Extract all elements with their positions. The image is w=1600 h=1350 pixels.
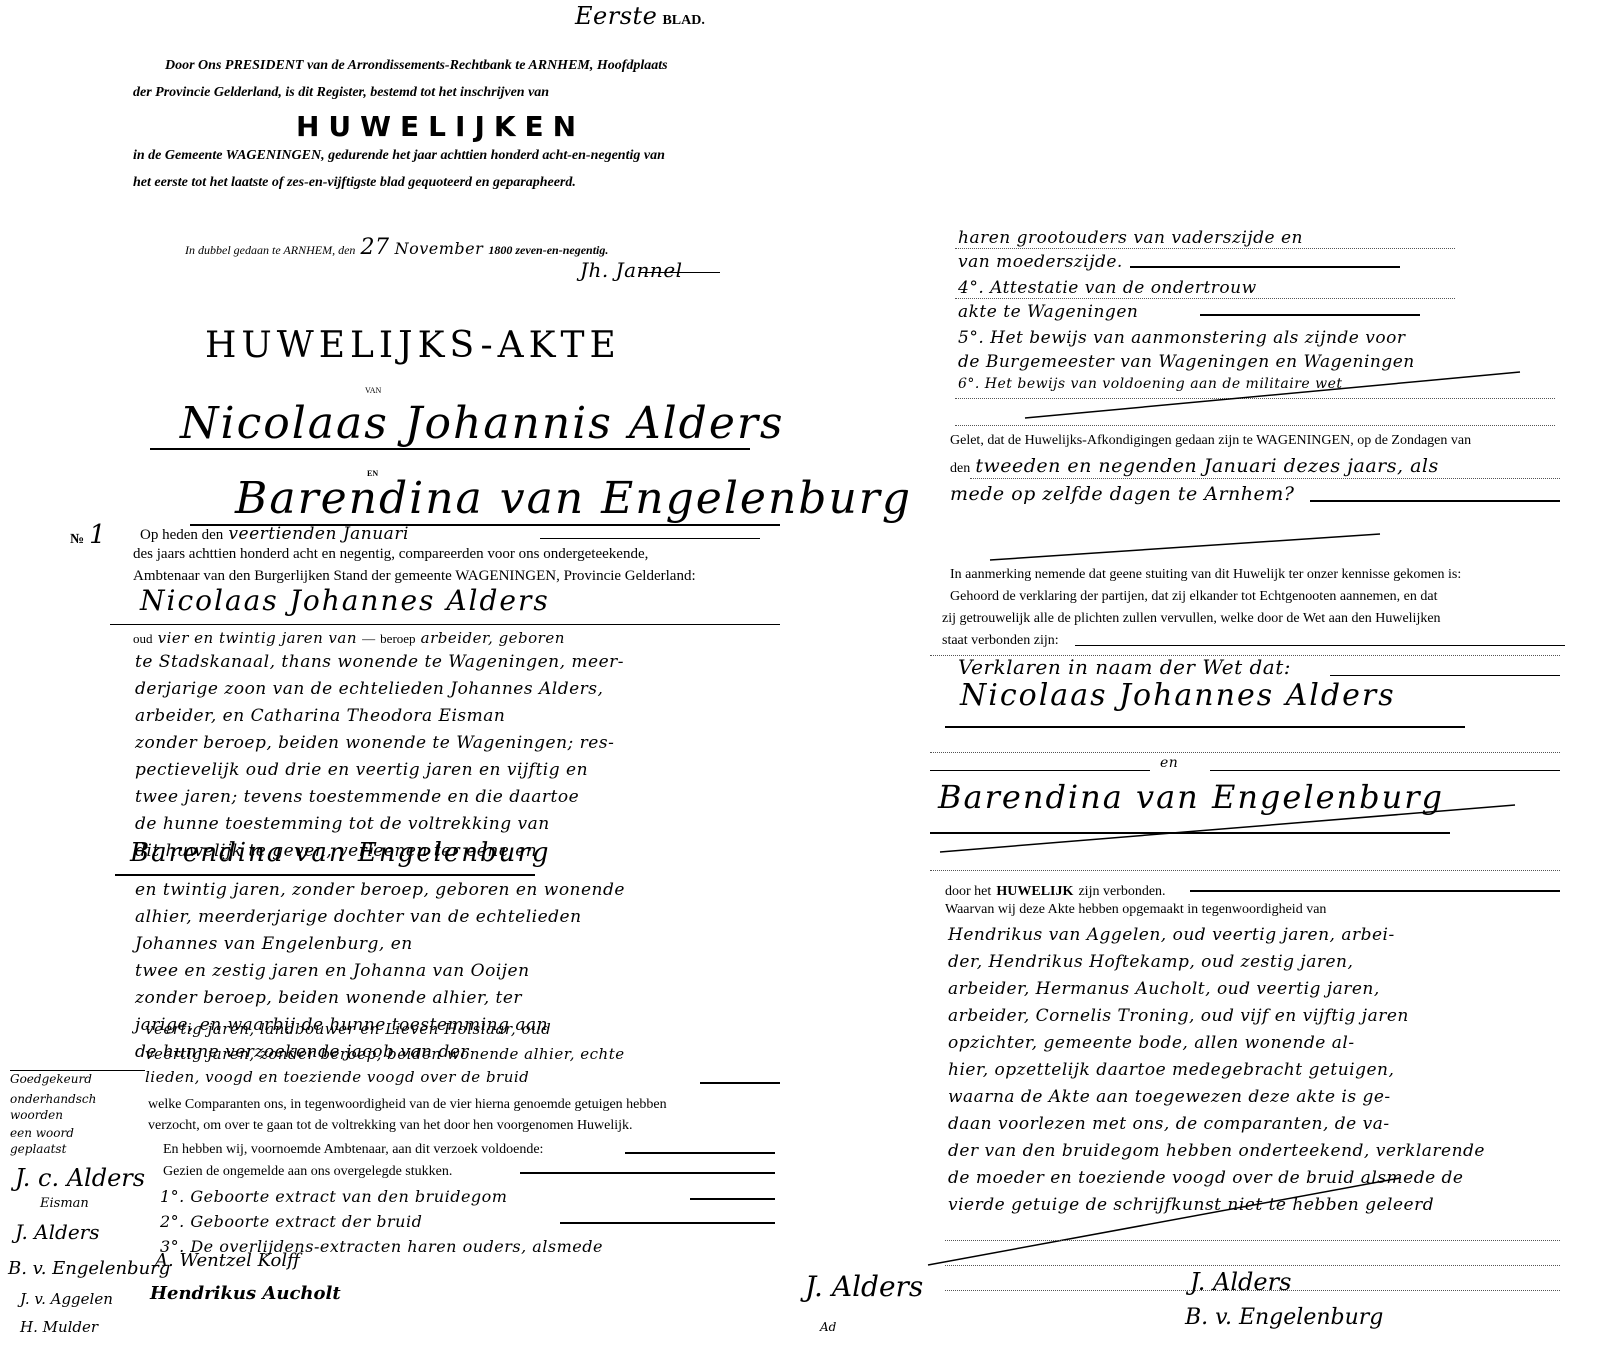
aanmerking-line: In aanmerking nemende dat geene stuiting…: [950, 567, 1461, 583]
gehoord-line: Gehoord de verklaring der partijen, dat …: [950, 589, 1437, 605]
signature: J. c. Alders: [15, 1164, 145, 1192]
signature: H. Mulder: [20, 1318, 98, 1336]
dated-day: 27: [361, 235, 390, 260]
afkondigingen-dates-2: mede op zelfde dagen te Arnhem?: [950, 483, 1294, 505]
signature: J. Alders: [15, 1220, 99, 1244]
afkondigingen-dates: den tweeden en negenden Januari dezes ja…: [950, 455, 1439, 477]
waarvan-line: Waarvan wij deze Akte hebben opgemaakt i…: [945, 902, 1326, 918]
left-page: Eerste BLAD. Door Ons PRESIDENT van de A…: [0, 0, 780, 1350]
right-page: haren grootouders van vaderszijde en van…: [900, 0, 1600, 1350]
groom-name-2: Nicolaas Johannes Alders: [140, 584, 550, 617]
intro-line-3: in de Gemeente WAGENINGEN, gedurende het…: [133, 148, 665, 164]
groom-name-3: Nicolaas Johannes Alders: [960, 678, 1396, 713]
document-item: 2°. Geboorte extract der bruid: [160, 1212, 422, 1231]
getrouwelijk-line: zij getrouwelijk alle de plichten zullen…: [942, 611, 1441, 627]
ambtenaar-line: Ambtenaar van den Burgerlijken Stand der…: [133, 568, 696, 585]
deed-date: veertienden Januari: [228, 524, 408, 544]
intro-line-4: het eerste tot het laatste of zes-en-vij…: [133, 175, 576, 191]
bride-name: Barendina van Engelenburg: [235, 473, 912, 524]
declaration-line: Verklaren in naam der Wet dat:: [958, 655, 1291, 679]
gezien-line: Gezien de ongemelde aan ons overgelegde …: [163, 1164, 452, 1180]
signature: B. v. Engelenburg: [8, 1258, 170, 1279]
comparanten-line-2: verzocht, om over te gaan tot de voltrek…: [148, 1118, 633, 1134]
age-profession-line: oud vier en twintig jaren van — beroep a…: [133, 628, 565, 647]
en-hebben-line: En hebben wij, voornoemde Ambtenaar, aan…: [163, 1142, 543, 1158]
signature: J. Alders: [805, 1270, 923, 1303]
van-label: VAN: [365, 386, 381, 395]
signature: J. v. Aggelen: [20, 1290, 113, 1308]
signature: B. v. Engelenburg: [1185, 1305, 1383, 1330]
deed-title: HUWELIJKS-AKTE: [205, 325, 621, 366]
registrar-signature: A. Wentzel Kolff: [155, 1250, 300, 1271]
page-label: BLAD.: [662, 13, 704, 28]
op-heden-line: Op heden den veertienden Januari: [140, 524, 409, 544]
president-signature: Jh. Jannel: [580, 258, 683, 282]
intro-line-1: Door Ons PRESIDENT van de Arrondissement…: [165, 58, 668, 74]
dated-year: 1800 zeven-en-negentig.: [488, 243, 608, 257]
signature: Eisman: [40, 1196, 89, 1211]
door-het-huwelijk-line: door het HUWELIJK zijn verbonden.: [945, 880, 1166, 900]
page-number-handwritten: Eerste: [575, 2, 657, 30]
en-connector: en: [1160, 755, 1178, 771]
signature: J. Alders: [1190, 1268, 1291, 1296]
intro-line-2: der Provincie Gelderland, is dit Registe…: [133, 85, 549, 101]
verbonden-line: staat verbonden zijn:: [942, 633, 1059, 649]
afkondigingen-line: Gelet, dat de Huwelijks-Afkondigingen ge…: [950, 433, 1471, 449]
dated-line: In dubbel gedaan te ARNHEM, den 27 Novem…: [185, 235, 608, 260]
document-item: 1°. Geboorte extract van den bruidegom: [160, 1187, 507, 1206]
bride-name-2: Barendina van Engelenburg: [130, 838, 551, 868]
des-jaars-line: des jaars achttien honderd acht en negen…: [133, 546, 648, 563]
signature-sub: Ad: [820, 1320, 836, 1334]
page-number-header: Eerste BLAD.: [575, 2, 705, 30]
bride-name-3: Barendina van Engelenburg: [938, 778, 1444, 816]
register-title: HUWELIJKEN: [296, 110, 585, 143]
groom-name: Nicolaas Johannis Alders: [180, 398, 785, 449]
dated-month: November: [395, 239, 484, 258]
witness-signature: Hendrikus Aucholt: [150, 1283, 341, 1304]
comparanten-line-1: welke Comparanten ons, in tegenwoordighe…: [148, 1097, 667, 1113]
deed-number: № 1: [70, 520, 106, 550]
